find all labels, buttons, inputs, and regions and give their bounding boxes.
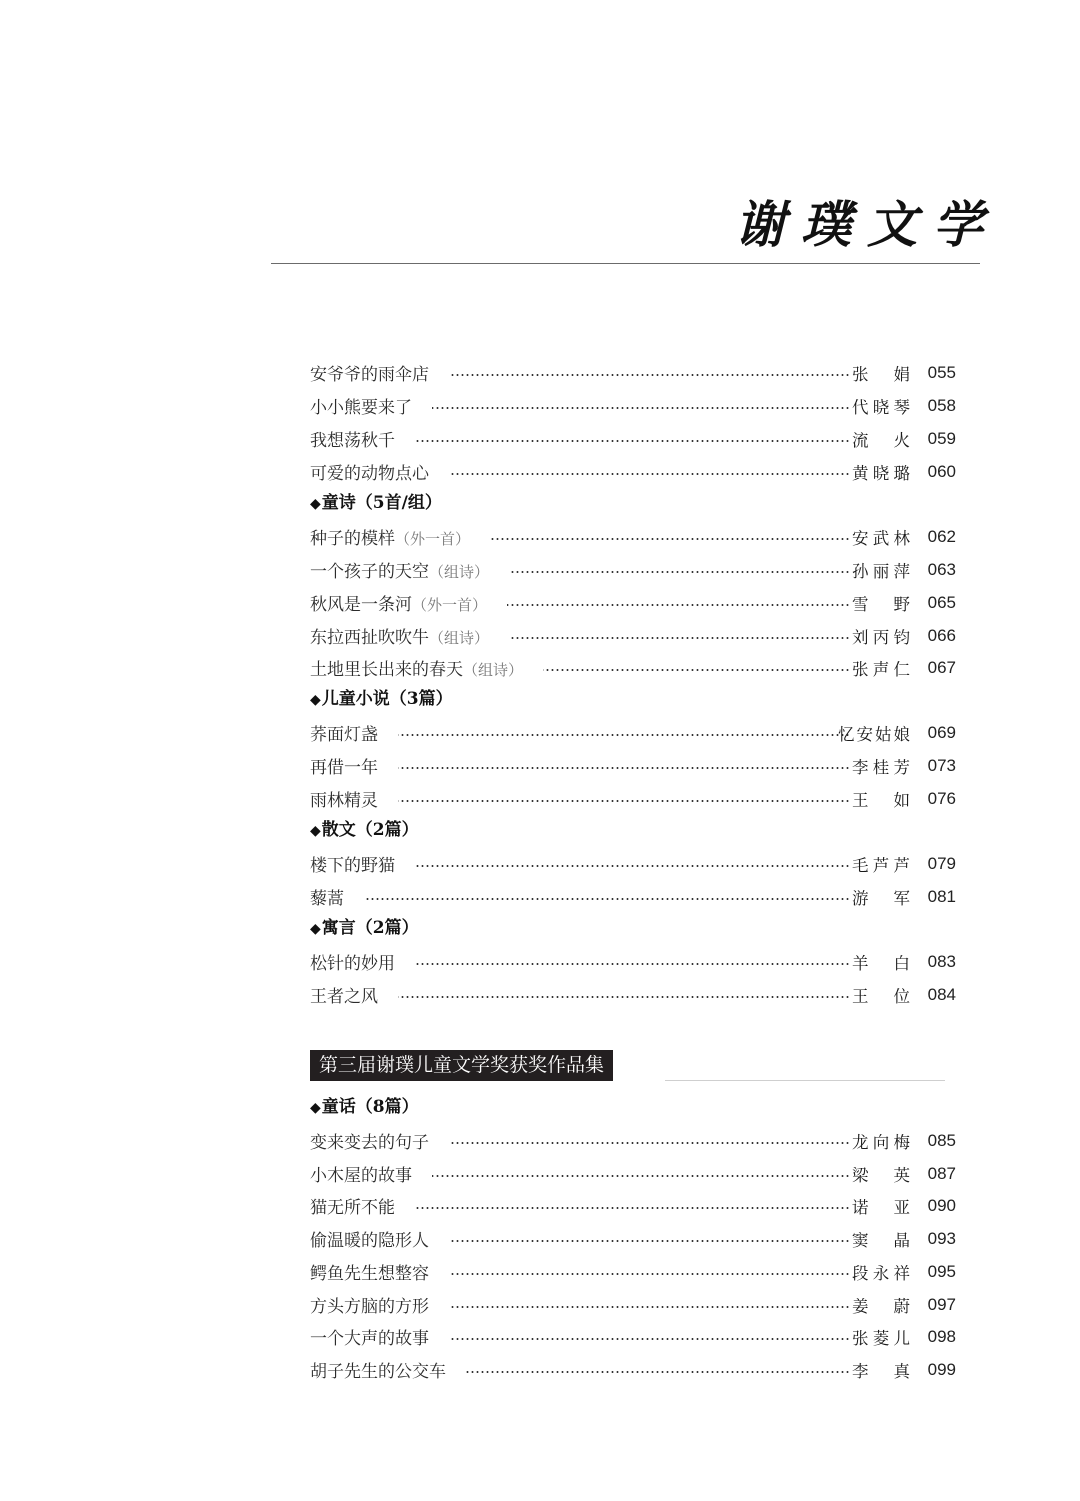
entry-author: 忆安姑娘 <box>838 721 910 745</box>
entry-page: 095 <box>916 1262 956 1282</box>
toc-entry[interactable]: 东拉西扯吹吹牛（组诗） 刘丙钧 066 <box>310 619 956 652</box>
entry-title: 可爱的动物点心 <box>310 459 429 484</box>
section-heading-novel: ◆儿童小说（3篇） <box>310 683 453 716</box>
entry-author: 孙丽萍 <box>852 558 910 582</box>
dot-leader <box>509 571 850 573</box>
toc-entry[interactable]: 猫无所不能 诺 亚 090 <box>310 1189 956 1222</box>
entry-title: 东拉西扯吹吹牛（组诗） <box>310 623 489 648</box>
entry-author: 诺 亚 <box>852 1194 910 1218</box>
entry-title: 小木屋的故事 <box>310 1161 412 1186</box>
toc-entry[interactable]: 松针的妙用 羊 白 083 <box>310 945 956 978</box>
entry-author: 姜 蔚 <box>852 1293 910 1317</box>
entry-page: 066 <box>916 626 956 646</box>
entry-title: 松针的妙用 <box>310 949 395 974</box>
dot-leader <box>449 473 850 475</box>
entry-title: 一个大声的故事 <box>310 1324 429 1349</box>
entry-title: 雨林精灵 <box>310 786 378 811</box>
entry-page: 060 <box>916 462 956 482</box>
entry-title: 土地里长出来的春天（组诗） <box>310 655 523 680</box>
entry-page: 098 <box>916 1327 956 1347</box>
toc-entry[interactable]: 变来变去的句子 龙向梅 085 <box>310 1124 956 1157</box>
entry-title: 一个孩子的天空（组诗） <box>310 557 489 582</box>
collection-banner: 第三届谢璞儿童文学奖获奖作品集 <box>310 1050 613 1081</box>
entry-author: 窦 晶 <box>852 1227 910 1251</box>
toc-entry[interactable]: 荞面灯盏 忆安姑娘 069 <box>310 716 956 749</box>
entry-page: 090 <box>916 1196 956 1216</box>
dot-leader <box>415 865 850 867</box>
entry-author: 李桂芳 <box>852 754 910 778</box>
diamond-icon: ◆ <box>310 496 321 512</box>
toc-entry[interactable]: 藜蒿 游 军 081 <box>310 880 956 913</box>
entry-page: 083 <box>916 952 956 972</box>
dot-leader <box>398 734 850 736</box>
toc-entry[interactable]: 土地里长出来的春天（组诗） 张声仁 067 <box>310 651 956 684</box>
dot-leader <box>432 1175 850 1177</box>
entry-author: 雪 野 <box>852 591 910 615</box>
entry-author: 王 位 <box>852 983 910 1007</box>
dot-leader <box>466 1371 850 1373</box>
toc-entry[interactable]: 小木屋的故事 梁 英 087 <box>310 1157 956 1190</box>
dot-leader <box>398 996 850 998</box>
page-title: 谢璞文学 <box>735 190 975 260</box>
entry-title: 变来变去的句子 <box>310 1128 429 1153</box>
toc-entry[interactable]: 一个孩子的天空（组诗） 孙丽萍 063 <box>310 553 956 586</box>
dot-leader <box>543 669 850 671</box>
entry-page: 087 <box>916 1164 956 1184</box>
entry-title: 小小熊要来了 <box>310 393 412 418</box>
dot-leader <box>449 1240 850 1242</box>
dot-leader <box>398 800 850 802</box>
toc-entry[interactable]: 小小熊要来了 代晓琴 058 <box>310 389 956 422</box>
entry-title: 种子的模样（外一首） <box>310 524 470 549</box>
entry-page: 097 <box>916 1295 956 1315</box>
dot-leader <box>449 1273 850 1275</box>
section-heading-fairytale: ◆童话（8篇） <box>310 1091 419 1124</box>
dot-leader <box>449 1306 850 1308</box>
entry-page: 062 <box>916 527 956 547</box>
entry-author: 刘丙钧 <box>852 624 910 648</box>
toc-entry[interactable]: 鳄鱼先生想整容 段永祥 095 <box>310 1255 956 1288</box>
section-heading-fable: ◆寓言（2篇） <box>310 912 419 945</box>
entry-author: 张菱儿 <box>852 1325 910 1349</box>
entry-author: 黄晓璐 <box>852 460 910 484</box>
section-heading-poetry: ◆童诗（5首/组） <box>310 487 442 520</box>
diamond-icon: ◆ <box>310 1100 321 1116</box>
entry-title: 王者之风 <box>310 982 378 1007</box>
entry-page: 063 <box>916 560 956 580</box>
section-heading-prose: ◆散文（2篇） <box>310 814 419 847</box>
entry-author: 羊 白 <box>852 950 910 974</box>
toc-entry[interactable]: 秋风是一条河（外一首） 雪 野 065 <box>310 586 956 619</box>
entry-page: 099 <box>916 1360 956 1380</box>
entry-title: 鳄鱼先生想整容 <box>310 1259 429 1284</box>
entry-title: 楼下的野猫 <box>310 851 395 876</box>
entry-title: 胡子先生的公交车 <box>310 1357 446 1382</box>
entry-title: 再借一年 <box>310 753 378 778</box>
entry-title: 偷温暖的隐形人 <box>310 1226 429 1251</box>
entry-page: 055 <box>916 363 956 383</box>
diamond-icon: ◆ <box>310 823 321 839</box>
entry-author: 王 如 <box>852 787 910 811</box>
toc-entry[interactable]: 一个大声的故事 张菱儿 098 <box>310 1320 956 1353</box>
dot-leader <box>507 604 850 606</box>
toc-entry[interactable]: 可爱的动物点心 黄晓璐 060 <box>310 455 956 488</box>
entry-author: 代晓琴 <box>852 394 910 418</box>
entry-author: 龙向梅 <box>852 1129 910 1153</box>
entry-author: 游 军 <box>852 885 910 909</box>
entry-author: 张声仁 <box>852 656 910 680</box>
diamond-icon: ◆ <box>310 692 321 708</box>
toc-entry[interactable]: 楼下的野猫 毛芦芦 079 <box>310 847 956 880</box>
toc-entry[interactable]: 雨林精灵 王 如 076 <box>310 782 956 815</box>
entry-title: 方头方脑的方形 <box>310 1292 429 1317</box>
entry-page: 067 <box>916 658 956 678</box>
entry-page: 081 <box>916 887 956 907</box>
entry-title: 我想荡秋千 <box>310 426 395 451</box>
diamond-icon: ◆ <box>310 921 321 937</box>
entry-title: 安爷爷的雨伞店 <box>310 360 429 385</box>
entry-page: 065 <box>916 593 956 613</box>
toc-entry[interactable]: 王者之风 王 位 084 <box>310 978 956 1011</box>
entry-author: 李 真 <box>852 1358 910 1382</box>
entry-title: 猫无所不能 <box>310 1193 395 1218</box>
dot-leader <box>490 538 850 540</box>
entry-author: 流 火 <box>852 427 910 451</box>
entry-page: 085 <box>916 1131 956 1151</box>
toc-entry[interactable]: 种子的模样（外一首） 安武林 062 <box>310 520 956 553</box>
entry-page: 059 <box>916 429 956 449</box>
dot-leader <box>432 407 850 409</box>
toc-entry[interactable]: 胡子先生的公交车 李 真 099 <box>310 1353 956 1386</box>
entry-page: 076 <box>916 789 956 809</box>
dot-leader <box>415 1207 850 1209</box>
entry-author: 段永祥 <box>852 1260 910 1284</box>
entry-author: 安武林 <box>852 525 910 549</box>
dot-leader <box>449 374 850 376</box>
dot-leader <box>449 1142 850 1144</box>
entry-page: 073 <box>916 756 956 776</box>
entry-title: 荞面灯盏 <box>310 720 378 745</box>
entry-page: 084 <box>916 985 956 1005</box>
dot-leader <box>415 963 850 965</box>
entry-page: 069 <box>916 723 956 743</box>
toc-entry[interactable]: 偷温暖的隐形人 窦 晶 093 <box>310 1222 956 1255</box>
toc-entry[interactable]: 安爷爷的雨伞店 张 娟 055 <box>310 356 956 389</box>
entry-title: 秋风是一条河（外一首） <box>310 590 487 615</box>
title-divider <box>271 263 980 264</box>
dot-leader <box>398 767 850 769</box>
entry-author: 毛芦芦 <box>852 852 910 876</box>
toc-entry[interactable]: 方头方脑的方形 姜 蔚 097 <box>310 1288 956 1321</box>
dot-leader <box>364 898 850 900</box>
entry-author: 张 娟 <box>852 361 910 385</box>
banner-divider <box>665 1080 945 1081</box>
entry-page: 058 <box>916 396 956 416</box>
entry-title: 藜蒿 <box>310 884 344 909</box>
dot-leader <box>415 440 850 442</box>
toc-entry[interactable]: 再借一年 李桂芳 073 <box>310 749 956 782</box>
entry-page: 079 <box>916 854 956 874</box>
entry-author: 梁 英 <box>852 1162 910 1186</box>
entry-page: 093 <box>916 1229 956 1249</box>
dot-leader <box>449 1338 850 1340</box>
toc-entry[interactable]: 我想荡秋千 流 火 059 <box>310 422 956 455</box>
dot-leader <box>509 637 850 639</box>
